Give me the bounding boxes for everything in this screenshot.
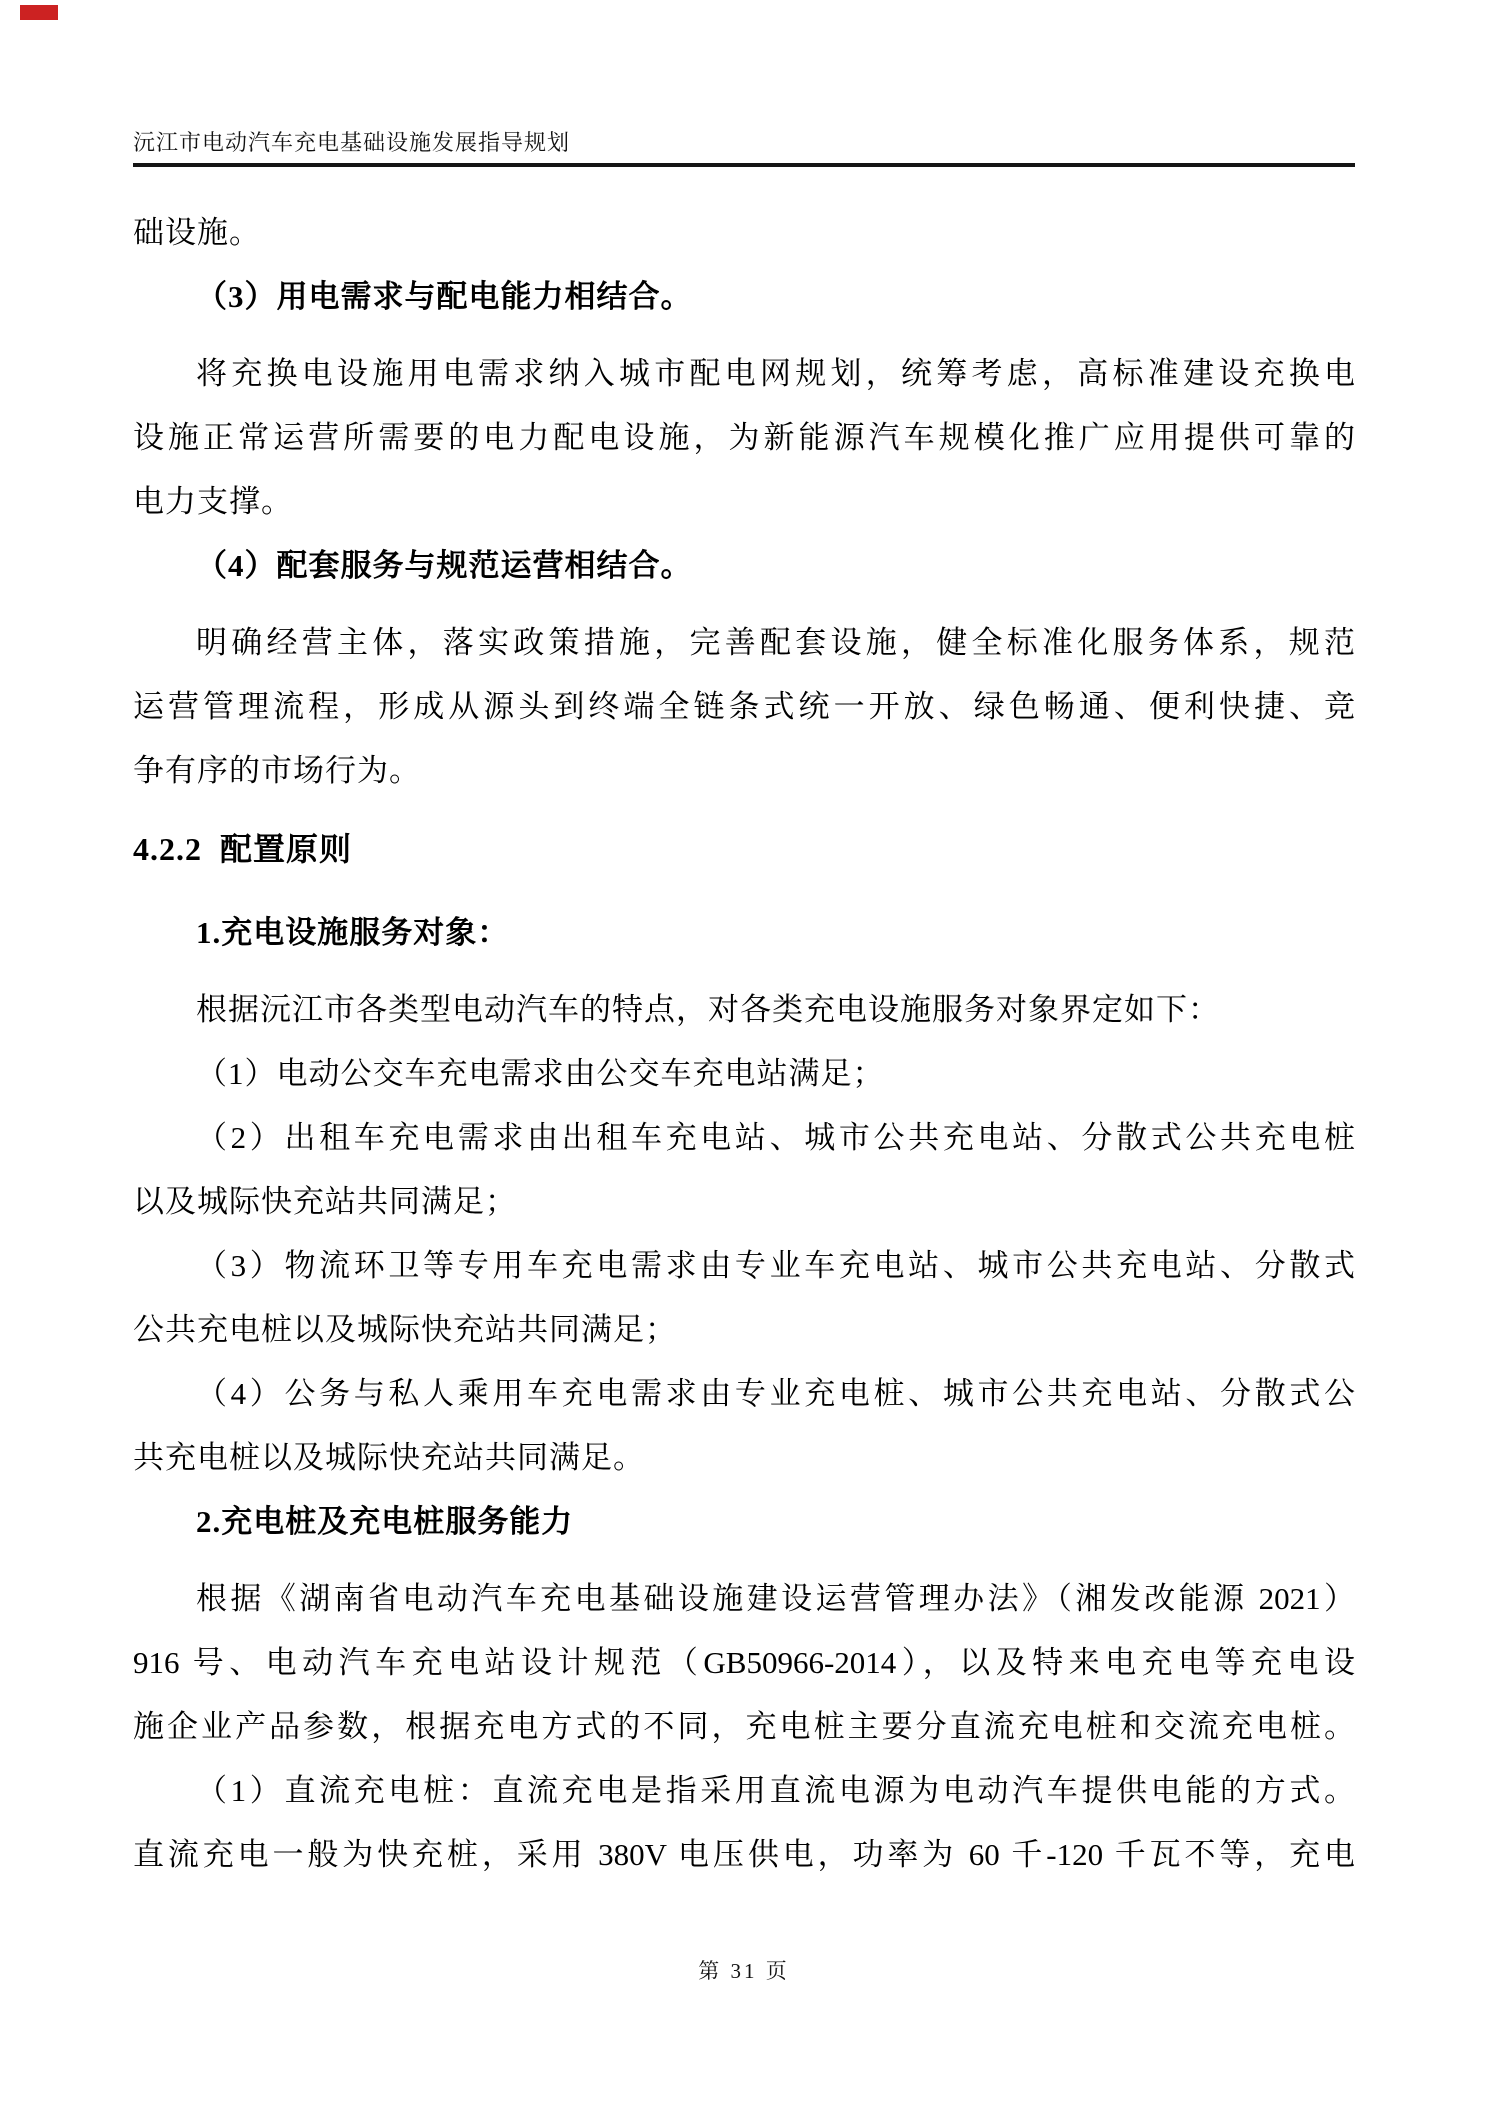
corner-red-mark [20,5,58,20]
text-line: 以及城际快充站共同满足； [133,1170,1355,1234]
document-page: 沅江市电动汽车充电基础设施发展指导规划 础设施。（3）用电需求与配电能力相结合。… [0,0,1488,2104]
page-number: 第 31 页 [698,1959,790,1983]
text-line: 将充换电设施用电需求纳入城市配电网规划，统筹考虑，高标准建设充换电 [133,342,1355,406]
text-line: （3）用电需求与配电能力相结合。 [133,265,1355,329]
page-footer: 第 31 页 [0,1955,1488,1985]
text-line: 1.充电设施服务对象： [133,901,1355,965]
text-line: 运营管理流程，形成从源头到终端全链条式统一开放、绿色畅通、便利快捷、竞 [133,675,1355,739]
document-body: 础设施。（3）用电需求与配电能力相结合。将充换电设施用电需求纳入城市配电网规划，… [133,201,1355,1887]
text-line: 2.充电桩及充电桩服务能力 [133,1490,1355,1554]
text-line: 共充电桩以及城际快充站共同满足。 [133,1426,1355,1490]
text-line: 施企业产品参数，根据充电方式的不同，充电桩主要分直流充电桩和交流充电桩。 [133,1695,1355,1759]
text-line: 公共充电桩以及城际快充站共同满足； [133,1298,1355,1362]
text-line: 4.2.2 配置原则 [133,817,1355,881]
text-line: （4）配套服务与规范运营相结合。 [133,534,1355,598]
header-title: 沅江市电动汽车充电基础设施发展指导规划 [133,130,1355,156]
text-line: （2）出租车充电需求由出租车充电站、城市公共充电站、分散式公共充电桩 [133,1106,1355,1170]
text-line: （4）公务与私人乘用车充电需求由专业充电桩、城市公共充电站、分散式公 [133,1362,1355,1426]
text-line: （1）电动公交车充电需求由公交车充电站满足； [133,1042,1355,1106]
text-line: 设施正常运营所需要的电力配电设施，为新能源汽车规模化推广应用提供可靠的 [133,406,1355,470]
text-line: 础设施。 [133,201,1355,265]
text-line: （3）物流环卫等专用车充电需求由专业车充电站、城市公共充电站、分散式 [133,1234,1355,1298]
text-line: 916 号、电动汽车充电站设计规范（GB50966-2014），以及特来电充电等… [133,1631,1355,1695]
text-line: 根据《湖南省电动汽车充电基础设施建设运营管理办法》（湘发改能源 2021） [133,1567,1355,1631]
text-line: 争有序的市场行为。 [133,739,1355,803]
text-line: 明确经营主体，落实政策措施，完善配套设施，健全标准化服务体系，规范 [133,611,1355,675]
text-line: 直流充电一般为快充桩，采用 380V 电压供电，功率为 60 千-120 千瓦不… [133,1823,1355,1887]
text-line: 根据沅江市各类型电动汽车的特点，对各类充电设施服务对象界定如下： [133,978,1355,1042]
text-line: （1）直流充电桩：直流充电是指采用直流电源为电动汽车提供电能的方式。 [133,1759,1355,1823]
page-header: 沅江市电动汽车充电基础设施发展指导规划 [133,130,1355,167]
text-line: 电力支撑。 [133,470,1355,534]
